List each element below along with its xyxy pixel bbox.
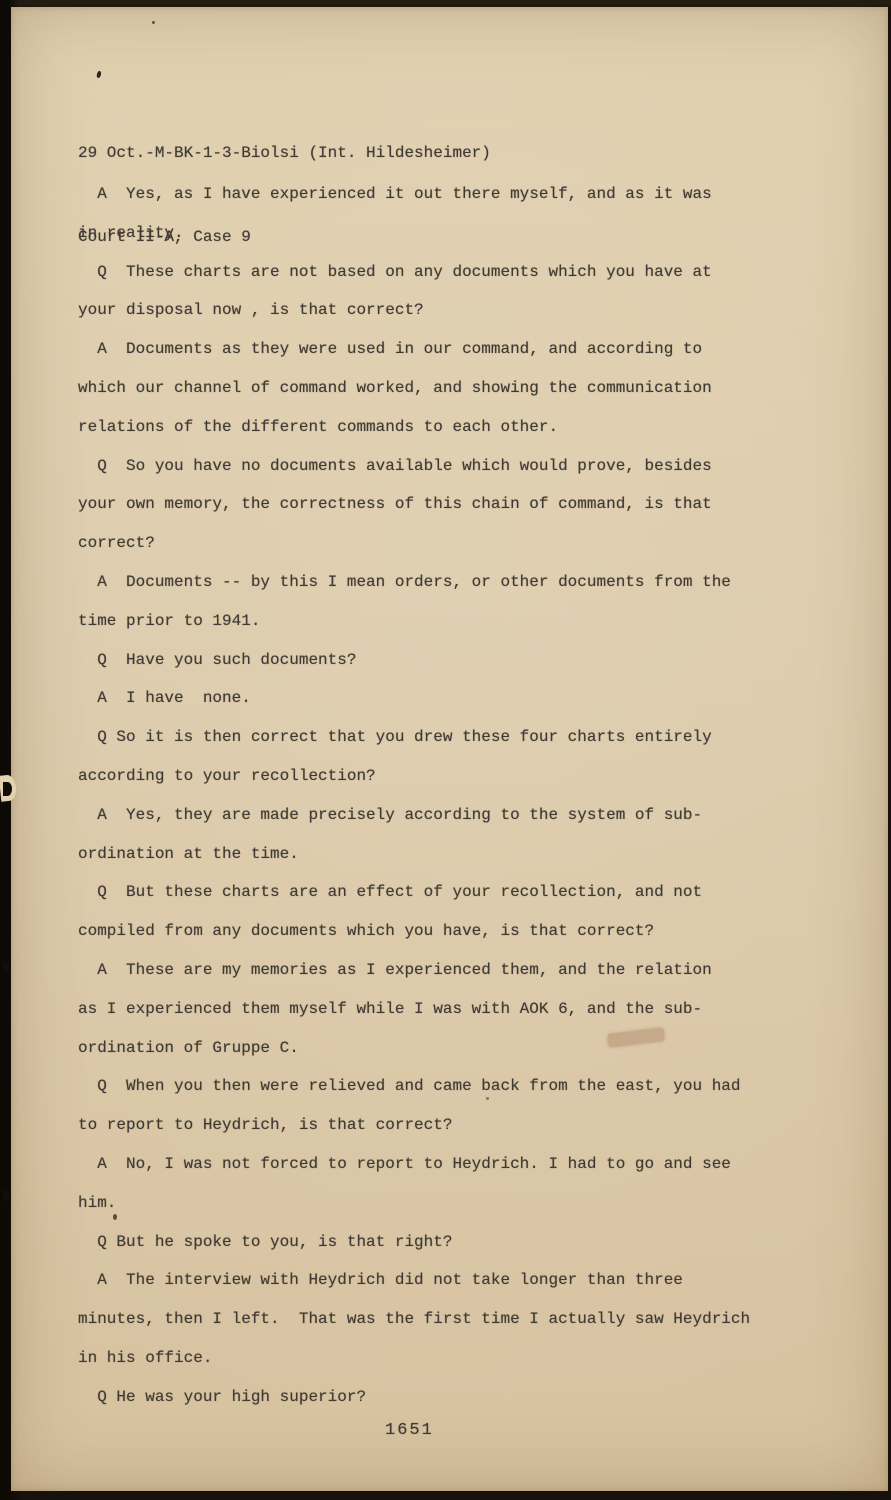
transcript-line: ordination of Gruppe C. xyxy=(78,1029,778,1068)
ink-speck xyxy=(96,71,102,79)
transcript-line: A Yes, they are made precisely according… xyxy=(78,796,778,835)
page-number: 1651 xyxy=(385,1421,434,1440)
transcript-line: A The interview with Heydrich did not ta… xyxy=(78,1261,778,1300)
edge-ink-blob xyxy=(3,1190,10,1201)
transcript-line: time prior to 1941. xyxy=(78,602,778,641)
edge-ink-blob xyxy=(3,962,10,972)
transcript-line: Q These charts are not based on any docu… xyxy=(78,253,778,292)
transcript-line: A I have none. xyxy=(78,679,778,718)
transcript-line: according to your recollection? xyxy=(78,757,778,796)
transcript-line: Q He was your high superior? xyxy=(78,1378,778,1417)
transcript-line: him. xyxy=(78,1184,778,1223)
document-page: 29 Oct.-M-BK-1-3-Biolsi (Int. Hildesheim… xyxy=(11,7,888,1491)
transcript-line: to report to Heydrich, is that correct? xyxy=(78,1106,778,1145)
transcript-line: ordination at the time. xyxy=(78,835,778,874)
ink-speck xyxy=(486,1097,489,1100)
transcript-line: A Documents -- by this I mean orders, or… xyxy=(78,563,778,602)
transcript-line: A Documents as they were used in our com… xyxy=(78,330,778,369)
transcript-line: Q Have you such documents? xyxy=(78,641,778,680)
transcript-line: Q So you have no documents available whi… xyxy=(78,447,778,486)
transcript-line: compiled from any documents which you ha… xyxy=(78,912,778,951)
photo-surround: 29 Oct.-M-BK-1-3-Biolsi (Int. Hildesheim… xyxy=(0,0,891,1500)
transcript-line: correct? xyxy=(78,524,778,563)
header-case-line: 29 Oct.-M-BK-1-3-Biolsi (Int. Hildesheim… xyxy=(78,139,491,167)
ink-speck xyxy=(152,21,155,24)
transcript-line: your disposal now , is that correct? xyxy=(78,291,778,330)
transcript-line: A No, I was not forced to report to Heyd… xyxy=(78,1145,778,1184)
transcript-line: as I experienced them myself while I was… xyxy=(78,990,778,1029)
transcript-line: A These are my memories as I experienced… xyxy=(78,951,778,990)
transcript-line: Q When you then were relieved and came b… xyxy=(78,1067,778,1106)
transcript-line: relations of the different commands to e… xyxy=(78,408,778,447)
transcript-line: Q So it is then correct that you drew th… xyxy=(78,718,778,757)
transcript-line: in his office. xyxy=(78,1339,778,1378)
ink-speck xyxy=(113,1214,117,1220)
edge-ink-blob xyxy=(3,782,12,796)
transcript-line: which our channel of command worked, and… xyxy=(78,369,778,408)
transcript-line: in reality. xyxy=(78,214,778,253)
transcript-line: Q But he spoke to you, is that right? xyxy=(78,1223,778,1262)
transcript-line: minutes, then I left. That was the first… xyxy=(78,1300,778,1339)
transcript-body: A Yes, as I have experienced it out ther… xyxy=(78,175,778,1417)
transcript-line: your own memory, the correctness of this… xyxy=(78,485,778,524)
scanned-document-photo: { "document": { "header": { "line1": "29… xyxy=(0,0,891,1500)
transcript-line: A Yes, as I have experienced it out ther… xyxy=(78,175,778,214)
transcript-line: Q But these charts are an effect of your… xyxy=(78,873,778,912)
